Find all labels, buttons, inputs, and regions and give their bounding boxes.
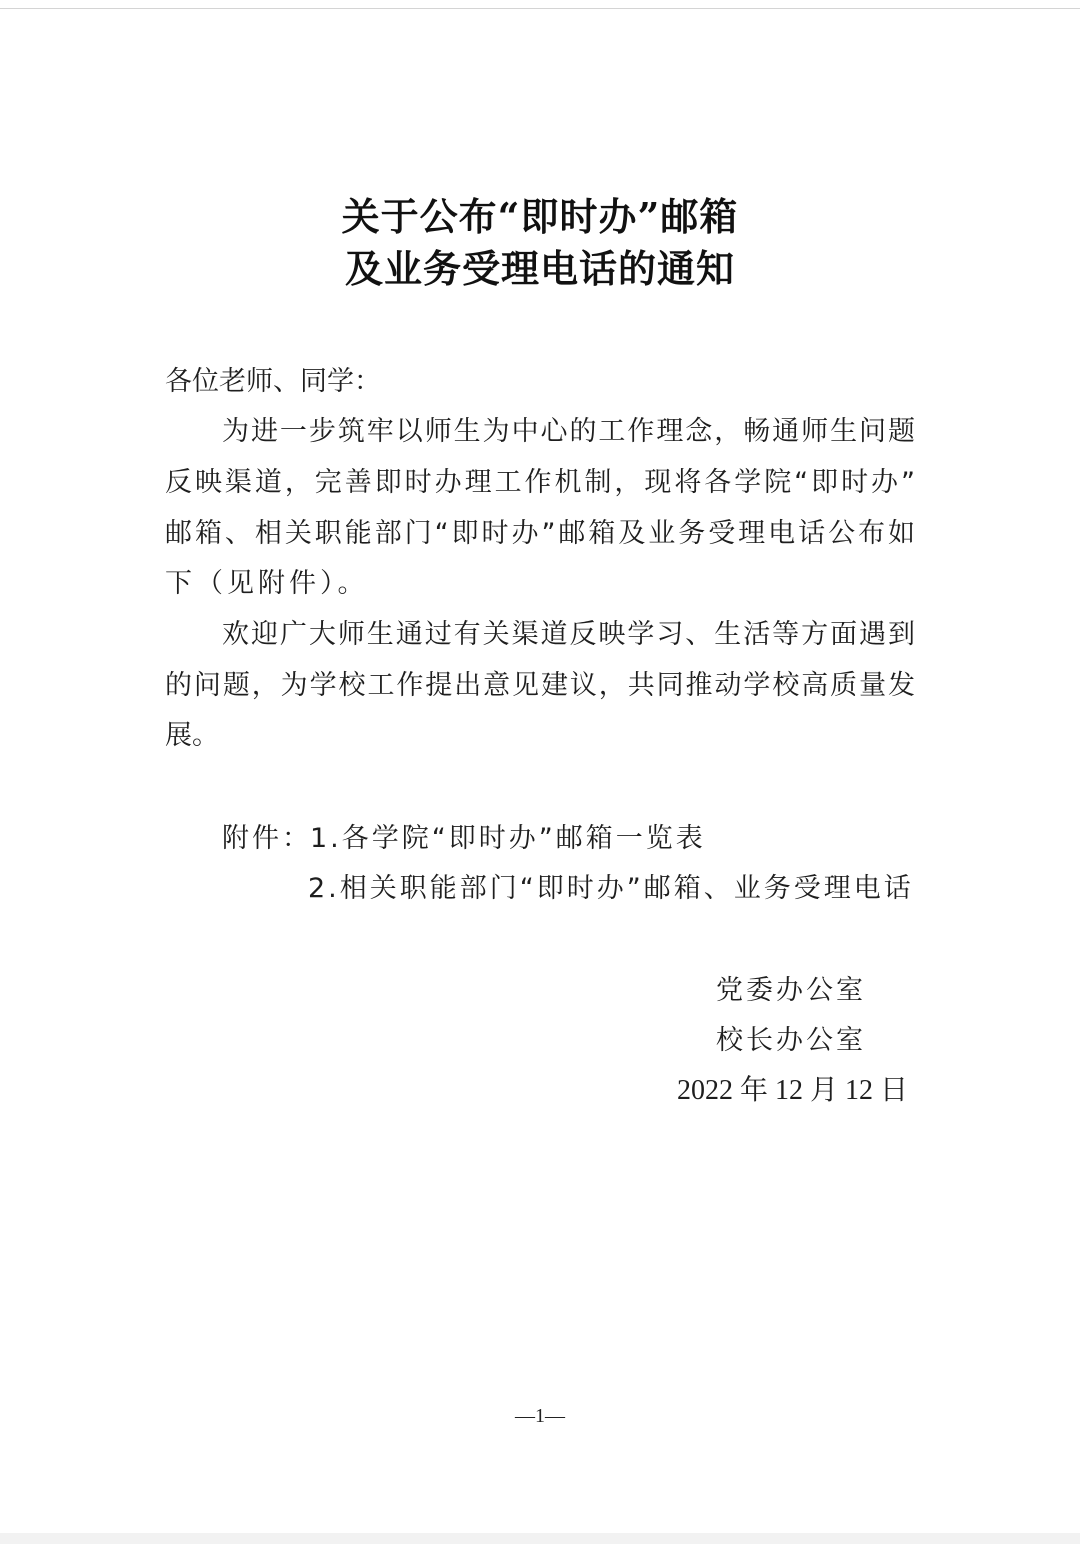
paragraph-1-line-1: 为进一步筑牢以师生为中心的工作理念，畅通师生问题 [222, 418, 915, 445]
paragraph-1-line-4: 下（见附件）。 [165, 570, 369, 597]
attachments-label: 附件： [222, 825, 312, 852]
salutation: 各位老师、同学： [165, 368, 381, 395]
document-title-line-2: 及业务受理电话的通知 [0, 250, 1080, 288]
page-number: —1— [0, 1405, 1080, 1428]
signatory-president-office: 校长办公室 [716, 1027, 866, 1054]
bottom-band [0, 1533, 1080, 1544]
attachment-item-1: 1.各学院“即时办”邮箱一览表 [310, 825, 706, 852]
attachment-item-2: 2.相关职能部门“即时办”邮箱、业务受理电话 [308, 875, 914, 902]
paragraph-1-line-2: 反映渠道，完善即时办理工作机制，现将各学院“即时办” [165, 469, 915, 496]
document-title-line-1: 关于公布“即时办”邮箱 [0, 198, 1080, 236]
paragraph-2-line-3: 展。 [165, 722, 219, 749]
document-date: 2022 年 12 月 12 日 [677, 1077, 908, 1105]
signatory-party-office: 党委办公室 [716, 977, 866, 1004]
paragraph-2-line-1: 欢迎广大师生通过有关渠道反映学习、生活等方面遇到 [222, 621, 915, 648]
paragraph-2-line-2: 的问题，为学校工作提出意见建议，共同推动学校高质量发 [165, 672, 915, 699]
document-page: 关于公布“即时办”邮箱 及业务受理电话的通知 各位老师、同学： 为进一步筑牢以师… [0, 0, 1080, 1533]
paragraph-1-line-3: 邮箱、相关职能部门“即时办”邮箱及业务受理电话公布如 [165, 520, 915, 547]
